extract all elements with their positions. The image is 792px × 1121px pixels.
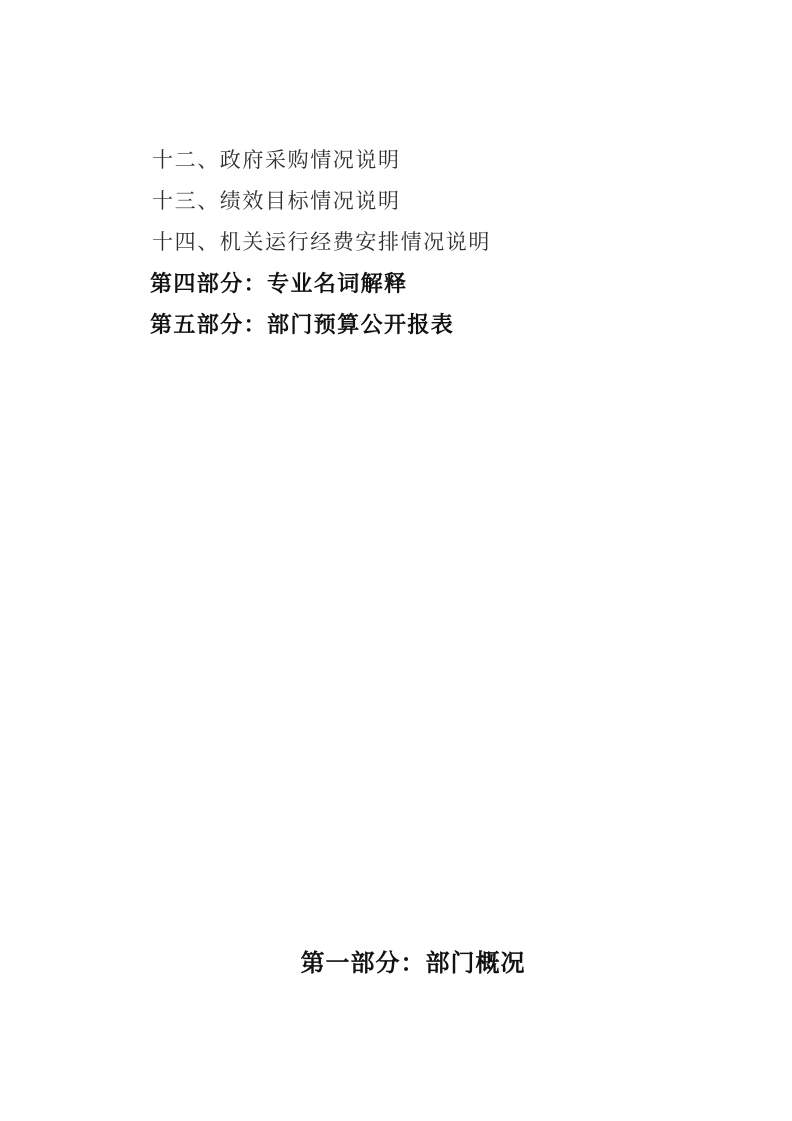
table-of-contents: 十二、政府采购情况说明 十三、绩效目标情况说明 十四、机关运行经费安排情况说明 … xyxy=(150,140,491,345)
document-page: 十二、政府采购情况说明 十三、绩效目标情况说明 十四、机关运行经费安排情况说明 … xyxy=(0,0,792,1121)
section-heading-part-one: 第一部分：部门概况 xyxy=(0,948,792,980)
toc-item-part-four-terminology: 第四部分：专业名词解释 xyxy=(150,263,491,304)
toc-item-government-procurement: 十二、政府采购情况说明 xyxy=(150,140,491,181)
toc-item-performance-targets: 十三、绩效目标情况说明 xyxy=(150,181,491,222)
toc-item-operating-expenses: 十四、机关运行经费安排情况说明 xyxy=(150,222,491,263)
toc-item-part-five-budget-tables: 第五部分：部门预算公开报表 xyxy=(150,304,491,345)
